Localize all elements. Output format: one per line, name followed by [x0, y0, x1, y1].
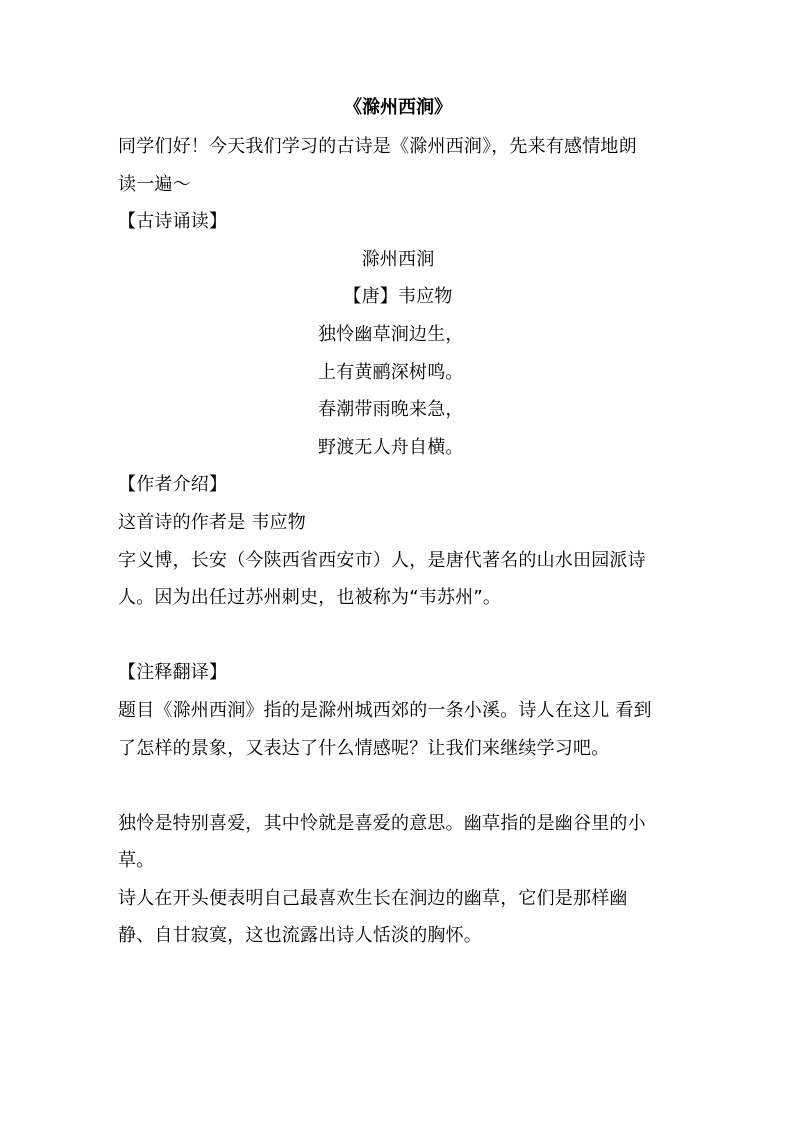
poem-author: 【唐】韦应物 [118, 278, 678, 316]
poem-line-2: 上有黄鹂深树鸣。 [118, 354, 678, 392]
section-heading-recite: 【古诗诵读】 [118, 203, 678, 241]
notes-line-2: 了怎样的景象，又表达了什么情感呢？让我们来继续学习吧。 [118, 730, 678, 768]
blank-line [118, 617, 678, 655]
author-line-1: 这首诗的作者是 韦应物 [118, 504, 678, 542]
poem-line-4: 野渡无人舟自横。 [118, 429, 678, 467]
poem-line-1: 独怜幽草涧边生， [118, 316, 678, 354]
intro-line-2: 读一遍～ [118, 166, 678, 204]
poem-line-3: 春潮带雨晚来急， [118, 391, 678, 429]
author-line-3: 人。因为出任过苏州刺史，也被称为“韦苏州”。 [118, 579, 678, 617]
document-page: 《滁州西涧》 同学们好！今天我们学习的古诗是《滁州西涧》，先来有感情地朗 读一遍… [118, 88, 678, 955]
section-heading-author: 【作者介绍】 [118, 466, 678, 504]
blank-line [118, 767, 678, 805]
poem-title: 滁州西涧 [118, 241, 678, 279]
section-heading-notes: 【注释翻译】 [118, 654, 678, 692]
document-title: 《滁州西涧》 [118, 88, 678, 128]
notes-line-3: 独怜是特别喜爱，其中怜就是喜爱的意思。幽草指的是幽谷里的小 [118, 805, 678, 843]
notes-line-6: 静、自甘寂寞，这也流露出诗人恬淡的胸怀。 [118, 917, 678, 955]
notes-line-4: 草。 [118, 842, 678, 880]
intro-line-1: 同学们好！今天我们学习的古诗是《滁州西涧》，先来有感情地朗 [118, 128, 678, 166]
author-line-2: 字义博，长安（今陕西省西安市）人，是唐代著名的山水田园派诗 [118, 542, 678, 580]
notes-line-5: 诗人在开头便表明自己最喜欢生长在涧边的幽草，它们是那样幽 [118, 880, 678, 918]
notes-line-1: 题目《滁州西涧》指的是滁州城西郊的一条小溪。诗人在这儿 看到 [118, 692, 678, 730]
